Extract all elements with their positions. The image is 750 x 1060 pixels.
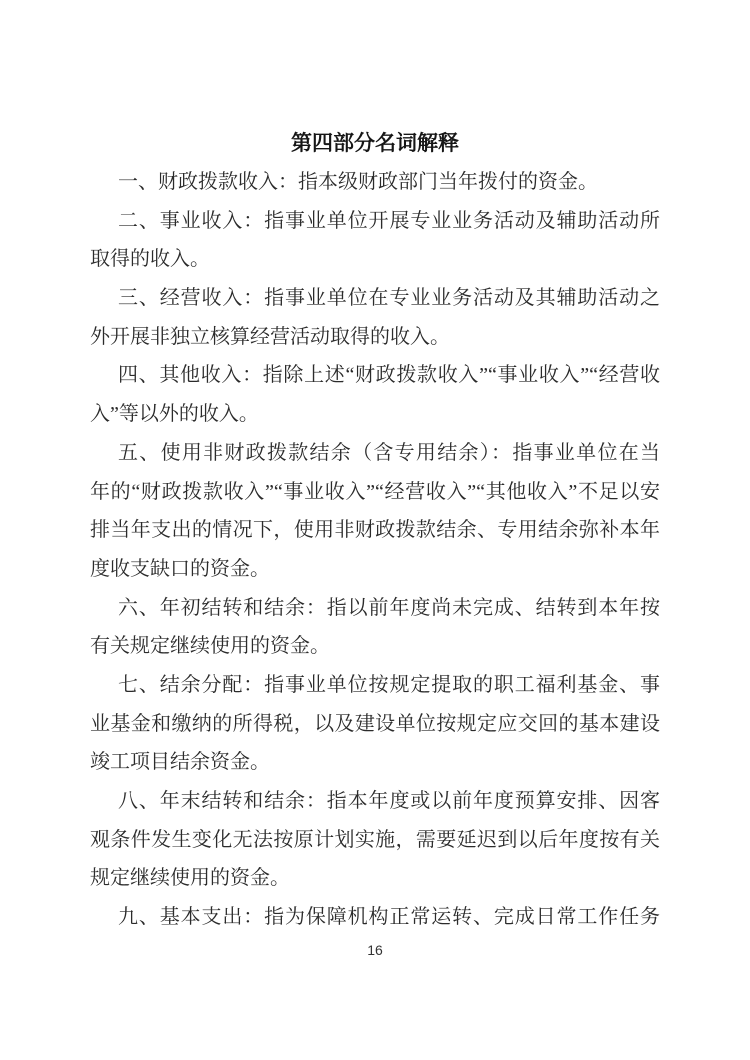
document-line: 五、使用非财政拨款结余（含专用结余）：指事业单位在当 bbox=[90, 434, 660, 473]
document-line: 三、经营收入：指事业单位在专业业务活动及其辅助活动之 bbox=[90, 279, 660, 318]
paragraph-1: 一、财政拨款收入：指本级财政部门当年拨付的资金。 bbox=[90, 163, 660, 202]
paragraph-4: 四、其他收入：指除上述“财政拨款收入”“事业收入”“经营收 入”等以外的收入。 bbox=[90, 356, 660, 433]
paragraph-8: 八、年末结转和结余：指本年度或以前年度预算安排、因客 观条件发生变化无法按原计划… bbox=[90, 782, 660, 898]
document-line: 度收支缺口的资金。 bbox=[90, 550, 660, 589]
document-line: 观条件发生变化无法按原计划实施，需要延迟到以后年度按有关 bbox=[90, 821, 660, 860]
document-line: 六、年初结转和结余：指以前年度尚未完成、结转到本年按 bbox=[90, 589, 660, 628]
document-line: 规定继续使用的资金。 bbox=[90, 859, 660, 898]
document-line: 竣工项目结余资金。 bbox=[90, 743, 660, 782]
paragraph-2: 二、事业收入：指事业单位开展专业业务活动及辅助活动所 取得的收入。 bbox=[90, 202, 660, 279]
paragraph-9: 九、基本支出：指为保障机构正常运转、完成日常工作任务 bbox=[90, 898, 660, 937]
paragraph-5: 五、使用非财政拨款结余（含专用结余）：指事业单位在当 年的“财政拨款收入”“事业… bbox=[90, 434, 660, 589]
document-line: 年的“财政拨款收入”“事业收入”“经营收入”“其他收入”不足以安 bbox=[90, 473, 660, 512]
document-line: 一、财政拨款收入：指本级财政部门当年拨付的资金。 bbox=[90, 163, 660, 202]
paragraph-7: 七、结余分配：指事业单位按规定提取的职工福利基金、事 业基金和缴纳的所得税，以及… bbox=[90, 666, 660, 782]
document-body: 一、财政拨款收入：指本级财政部门当年拨付的资金。 二、事业收入：指事业单位开展专… bbox=[90, 163, 660, 937]
document-line: 有关规定继续使用的资金。 bbox=[90, 627, 660, 666]
document-line: 排当年支出的情况下，使用非财政拨款结余、专用结余弥补本年 bbox=[90, 511, 660, 550]
document-line: 取得的收入。 bbox=[90, 240, 660, 279]
document-line: 业基金和缴纳的所得税，以及建设单位按规定应交回的基本建设 bbox=[90, 705, 660, 744]
paragraph-3: 三、经营收入：指事业单位在专业业务活动及其辅助活动之 外开展非独立核算经营活动取… bbox=[90, 279, 660, 356]
page-number: 16 bbox=[0, 941, 750, 959]
document-page: 第四部分名词解释 一、财政拨款收入：指本级财政部门当年拨付的资金。 二、事业收入… bbox=[0, 0, 750, 1060]
document-line: 四、其他收入：指除上述“财政拨款收入”“事业收入”“经营收 bbox=[90, 356, 660, 395]
page-title: 第四部分名词解释 bbox=[0, 130, 750, 158]
document-line: 七、结余分配：指事业单位按规定提取的职工福利基金、事 bbox=[90, 666, 660, 705]
document-line: 九、基本支出：指为保障机构正常运转、完成日常工作任务 bbox=[90, 898, 660, 937]
paragraph-6: 六、年初结转和结余：指以前年度尚未完成、结转到本年按 有关规定继续使用的资金。 bbox=[90, 589, 660, 666]
document-line: 外开展非独立核算经营活动取得的收入。 bbox=[90, 318, 660, 357]
document-line: 八、年末结转和结余：指本年度或以前年度预算安排、因客 bbox=[90, 782, 660, 821]
document-line: 入”等以外的收入。 bbox=[90, 395, 660, 434]
document-line: 二、事业收入：指事业单位开展专业业务活动及辅助活动所 bbox=[90, 202, 660, 241]
